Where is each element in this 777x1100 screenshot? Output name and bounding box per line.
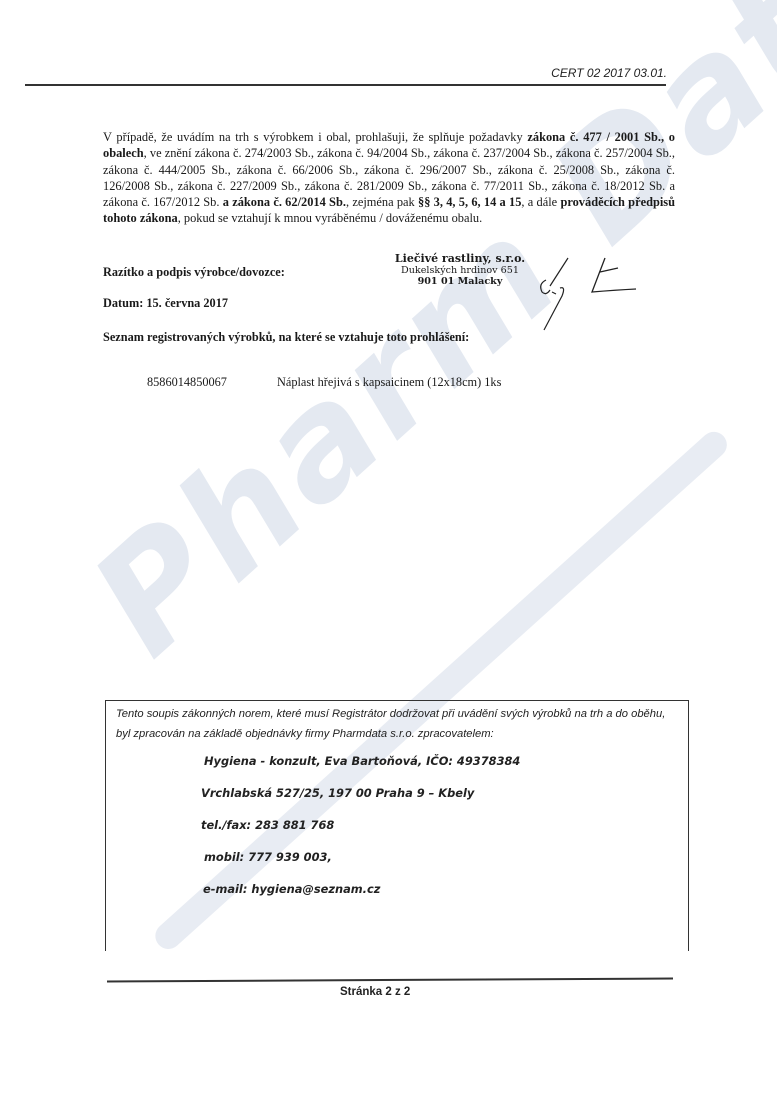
product-ean: 8586014850067: [147, 375, 227, 390]
processor-phone: tel./fax: 283 881 768: [201, 818, 334, 832]
handwritten-signature: [520, 250, 650, 345]
declaration-text-5: , pokud se vztahují k mnou vyráběnému / …: [178, 211, 483, 225]
page-number: Stránka 2 z 2: [340, 986, 410, 998]
stamp-city: 901 01 Malacky: [390, 276, 530, 287]
declaration-paragraph: V případě, že uvádím na trh s výrobkem i…: [103, 129, 675, 227]
processor-mobile: mobil: 777 939 003,: [204, 850, 332, 864]
product-list-label: Seznam registrovaných výrobků, na které …: [103, 330, 469, 345]
declaration-text-4: , a dále: [521, 195, 560, 209]
declaration-bold-2: a zákona č. 62/2014 Sb.: [223, 195, 346, 209]
declaration-bold-3: §§ 3, 4, 5, 6, 14 a 15: [418, 195, 521, 209]
product-name: Náplast hřejivá s kapsaicinem (12x18cm) …: [277, 375, 501, 390]
company-stamp: Liečivé rastliny, s.r.o. Dukelských hrdi…: [390, 252, 530, 287]
processor-intro-text: Tento soupis zákonných norem, které musí…: [116, 705, 676, 744]
declaration-text-1: V případě, že uvádím na trh s výrobkem i…: [103, 130, 527, 144]
processor-name: Hygiena - konzult, Eva Bartoňová, IČO: 4…: [204, 754, 520, 768]
declaration-text-3: , zejména pak: [346, 195, 418, 209]
processor-address: Vrchlabská 527/25, 197 00 Praha 9 – Kbel…: [201, 786, 474, 800]
processor-email: e-mail: hygiena@seznam.cz: [203, 882, 380, 896]
footer-rule: [107, 978, 673, 983]
date-label: Datum: 15. června 2017: [103, 296, 228, 311]
stamp-signature-label: Razítko a podpis výrobce/dovozce:: [103, 265, 285, 280]
stamp-company-name: Liečivé rastliny, s.r.o.: [390, 252, 530, 265]
header-rule: [25, 84, 666, 86]
stamp-street: Dukelských hrdinov 651: [390, 265, 530, 276]
certificate-code: CERT 02 2017 03.01.: [551, 66, 667, 80]
